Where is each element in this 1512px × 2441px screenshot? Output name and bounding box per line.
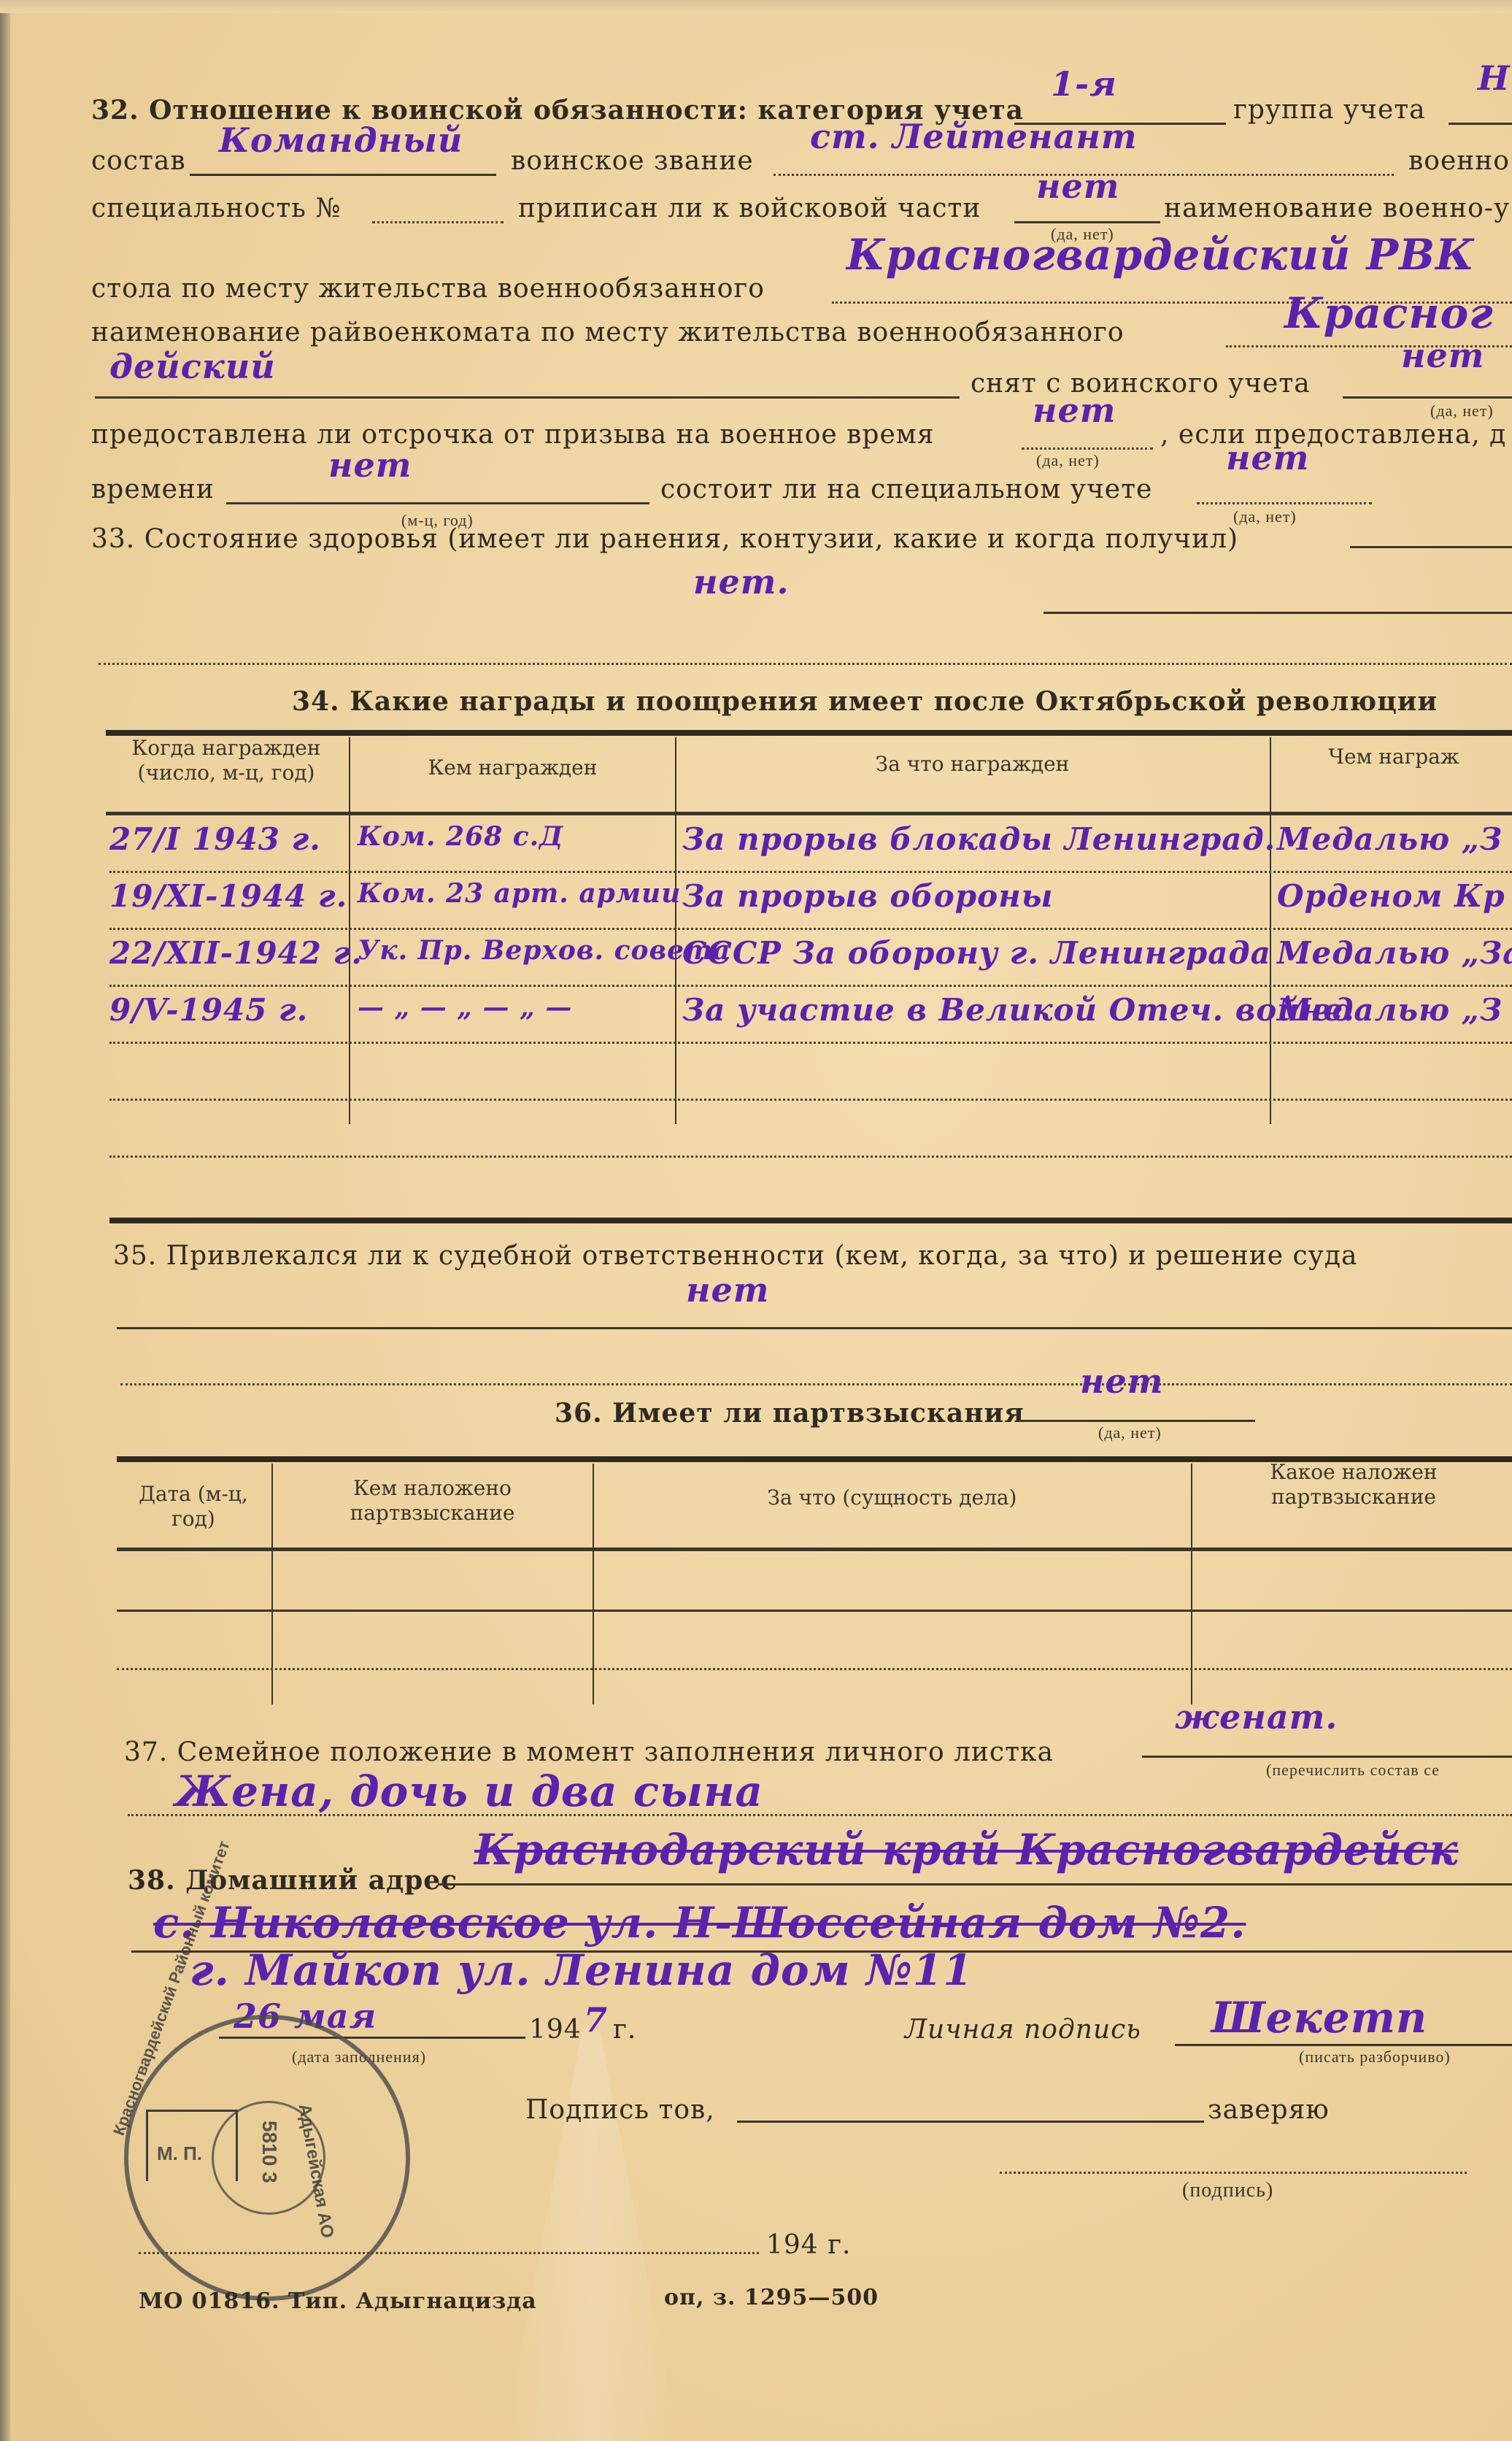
s34-col-for: За что награжден	[679, 752, 1266, 777]
s34-bottom-rule	[109, 1218, 1512, 1223]
s37-family: Жена, дочь и два сына	[175, 1767, 763, 1816]
s37-line	[1142, 1756, 1512, 1758]
s32-composition-value: Командный	[219, 120, 463, 160]
s34-col-divider-3	[1270, 737, 1271, 1124]
award-by: Ком. 23 арт. армии	[358, 878, 681, 909]
award-row-line	[109, 928, 1512, 930]
award-row-line	[109, 871, 1512, 873]
s33-line-3	[99, 663, 1512, 665]
award-when: 9/V-1945 г.	[109, 992, 308, 1028]
award-when: 22/XII-1942 г.	[109, 935, 363, 971]
s36-value: нет	[1080, 1361, 1163, 1401]
award-row-line	[109, 985, 1512, 987]
s32-deregistered-value: нет	[1401, 336, 1484, 375]
award-medal: Медалью „З	[1277, 821, 1503, 857]
award-by: — „ — „ — „ —	[358, 992, 572, 1023]
s38-struck-1: Краснодарский край Красногвардейск	[474, 1825, 1459, 1875]
s32-deferment-label: предоставлена ли отсрочка от призыва на …	[91, 420, 934, 450]
s34-col-award: Чем награж	[1273, 745, 1512, 769]
s33-line-1	[1350, 546, 1512, 548]
award-medal: Медалью „З Герма	[1277, 992, 1512, 1028]
s35-line-1	[117, 1327, 1512, 1329]
personal-sign-value: Шекетп	[1211, 1993, 1427, 2042]
s32-assigned-label: приписан ли к войсковой части	[518, 193, 981, 223]
s36-label: 36. Имеет ли партвзыскания	[555, 1398, 1025, 1429]
award-row-line	[109, 1042, 1512, 1044]
s37-line-2	[128, 1814, 1512, 1816]
stamp-number: 5810 3	[258, 2121, 281, 2183]
personal-sign-line	[1175, 2044, 1512, 2046]
s32-group-line	[1449, 123, 1512, 125]
s36-col-date: Дата (м-ц, год)	[117, 1482, 270, 1531]
award-for: За прорыв обороны	[682, 878, 1053, 914]
s32-special-label: состоит ли на специальном учете	[660, 474, 1152, 504]
award-by: Ук. Пр. Верхов. совета	[358, 935, 730, 966]
s34-col-by: Кем награжден	[350, 756, 675, 780]
s32-military-label: военно	[1408, 146, 1510, 176]
s35-value: нет	[686, 1270, 769, 1310]
imprint-right: оп, з. 1295—500	[664, 2285, 879, 2310]
attest-suffix: заверяю	[1208, 2095, 1330, 2125]
s32-if-granted-label: , если предоставлена, д	[1160, 420, 1506, 450]
personal-sign-hint: (писать разборчиво)	[1299, 2048, 1451, 2067]
personal-sign-label: Личная подпись	[905, 2015, 1141, 2045]
award-when: 19/XI-1944 г.	[109, 878, 347, 914]
s32-deferment-line	[1022, 447, 1153, 450]
s35-line-2	[120, 1383, 1512, 1385]
s32-commissariat-label: наименование райвоенкомата по месту жите…	[91, 318, 1125, 347]
s36-col-penalty: Какое наложен партвзыскание	[1193, 1460, 1512, 1510]
s32-desk-label: стола по месту жительства военнообязанно…	[91, 274, 765, 304]
sign-hint: (подпись)	[1182, 2179, 1273, 2202]
s32-group-label: группа учета	[1233, 95, 1426, 125]
s33-line-2	[1044, 612, 1512, 614]
year-prefix: 194	[529, 2015, 582, 2045]
award-medal: Медалью „За	[1277, 935, 1512, 971]
award-for: За прорыв блокады Ленинград.	[682, 821, 1276, 857]
s34-col-divider-1	[349, 737, 350, 1124]
s37-hint: (перечислить состав се	[1266, 1761, 1440, 1780]
s36-col-by: Кем наложено партвзыскание	[274, 1476, 591, 1526]
s32-deregistered-label: снят с воинского учета	[971, 369, 1311, 399]
page-edge	[0, 0, 10, 2441]
s32-desk-value: Красногвардейский РВК	[846, 230, 1475, 280]
s32-assigned-line	[1014, 221, 1160, 223]
year-digit: 7	[584, 2000, 608, 2040]
award-row-line-empty	[109, 1156, 1512, 1158]
s32-special-value: нет	[1226, 438, 1309, 477]
s32-composition-line	[190, 174, 496, 176]
imprint-left: МО 01816. Тип. Адыгнацизда	[139, 2288, 537, 2314]
award-for: За участие в Великой Отеч. войне.	[682, 992, 1355, 1028]
s34-top-rule	[106, 730, 1512, 736]
s32-rank-value: ст. Лейтенант	[810, 117, 1138, 156]
s32-commissariat-value-1: Красног	[1284, 288, 1494, 338]
s32-category-value: 1-я	[1051, 64, 1117, 104]
s37-label: 37. Семейное положение в момент заполнен…	[124, 1737, 1054, 1767]
s32-group-value: Н	[1478, 58, 1510, 98]
s32-time-value: нет	[328, 445, 412, 485]
s34-header-rule	[106, 812, 1512, 815]
s32-commissariat-value-2: дейский	[109, 347, 276, 386]
s36-row-line-2	[117, 1668, 1512, 1670]
award-row-line-empty	[109, 1099, 1512, 1101]
s33-label: 33. Состояние здоровья (имеет ли ранения…	[91, 524, 1238, 554]
page-top-strip	[0, 0, 1512, 13]
s32-specialty-label: специальность №	[91, 193, 341, 223]
s38-label: 38. Домашний адрес	[128, 1865, 458, 1896]
s37-value: женат.	[1175, 1697, 1338, 1737]
s34-col-divider-2	[675, 737, 676, 1124]
s32-composition-label: состав	[91, 146, 186, 176]
s33-value: нет.	[693, 562, 790, 601]
s36-row-line-1	[117, 1610, 1512, 1612]
attest-line	[737, 2121, 1204, 2123]
year-suffix: г.	[613, 2015, 636, 2045]
s36-header-rule	[117, 1548, 1512, 1551]
award-when: 27/I 1943 г.	[109, 821, 321, 857]
s32-deregistered-line	[1343, 396, 1512, 399]
s38-line-1	[438, 1883, 1512, 1885]
s36-hint: (да, нет)	[1098, 1423, 1162, 1442]
award-by: Ком. 268 с.Д	[358, 821, 563, 852]
s32-specialty-line	[372, 221, 504, 223]
sign-line	[1000, 2172, 1467, 2174]
s32-commissariat-line-2	[95, 396, 960, 399]
s32-special-hint: (да, нет)	[1233, 507, 1297, 526]
s34-col-when: Когда награжден (число, м-ц, год)	[106, 736, 347, 785]
stamp-mp: М. П.	[157, 2142, 202, 2165]
s32-special-line	[1197, 502, 1372, 504]
s32-deferment-hint: (да, нет)	[1036, 451, 1100, 470]
attest-label: Подпись тов,	[525, 2095, 715, 2125]
s32-deregistered-hint: (да, нет)	[1430, 401, 1494, 420]
s32-assigned-value: нет	[1036, 166, 1119, 206]
s32-time-label: времени	[91, 474, 215, 504]
s32-office-name-label: наименование военно-у	[1164, 193, 1510, 223]
s34-title: 34. Какие награды и поощрения имеет посл…	[292, 686, 1438, 717]
s36-col-for: За что (сущность дела)	[595, 1485, 1189, 1510]
paper-crease	[504, 2029, 679, 2441]
s32-rank-label: воинское звание	[511, 146, 754, 176]
s32-time-line	[226, 502, 649, 504]
s32-deferment-value: нет	[1033, 391, 1116, 430]
final-year: 194 г.	[766, 2230, 851, 2260]
award-for: СССР За оборону г. Ленинграда	[682, 935, 1271, 971]
s38-struck-2: с. Николаевское ул. Н-Шоссейная дом №2.	[153, 1898, 1246, 1948]
s35-label: 35. Привлекался ли к судебной ответствен…	[113, 1241, 1357, 1271]
award-medal: Орденом Кр	[1277, 878, 1505, 914]
s38-current: г. Майкоп ул. Ленина дом №11	[190, 1945, 973, 1995]
s36-line	[1018, 1420, 1255, 1422]
